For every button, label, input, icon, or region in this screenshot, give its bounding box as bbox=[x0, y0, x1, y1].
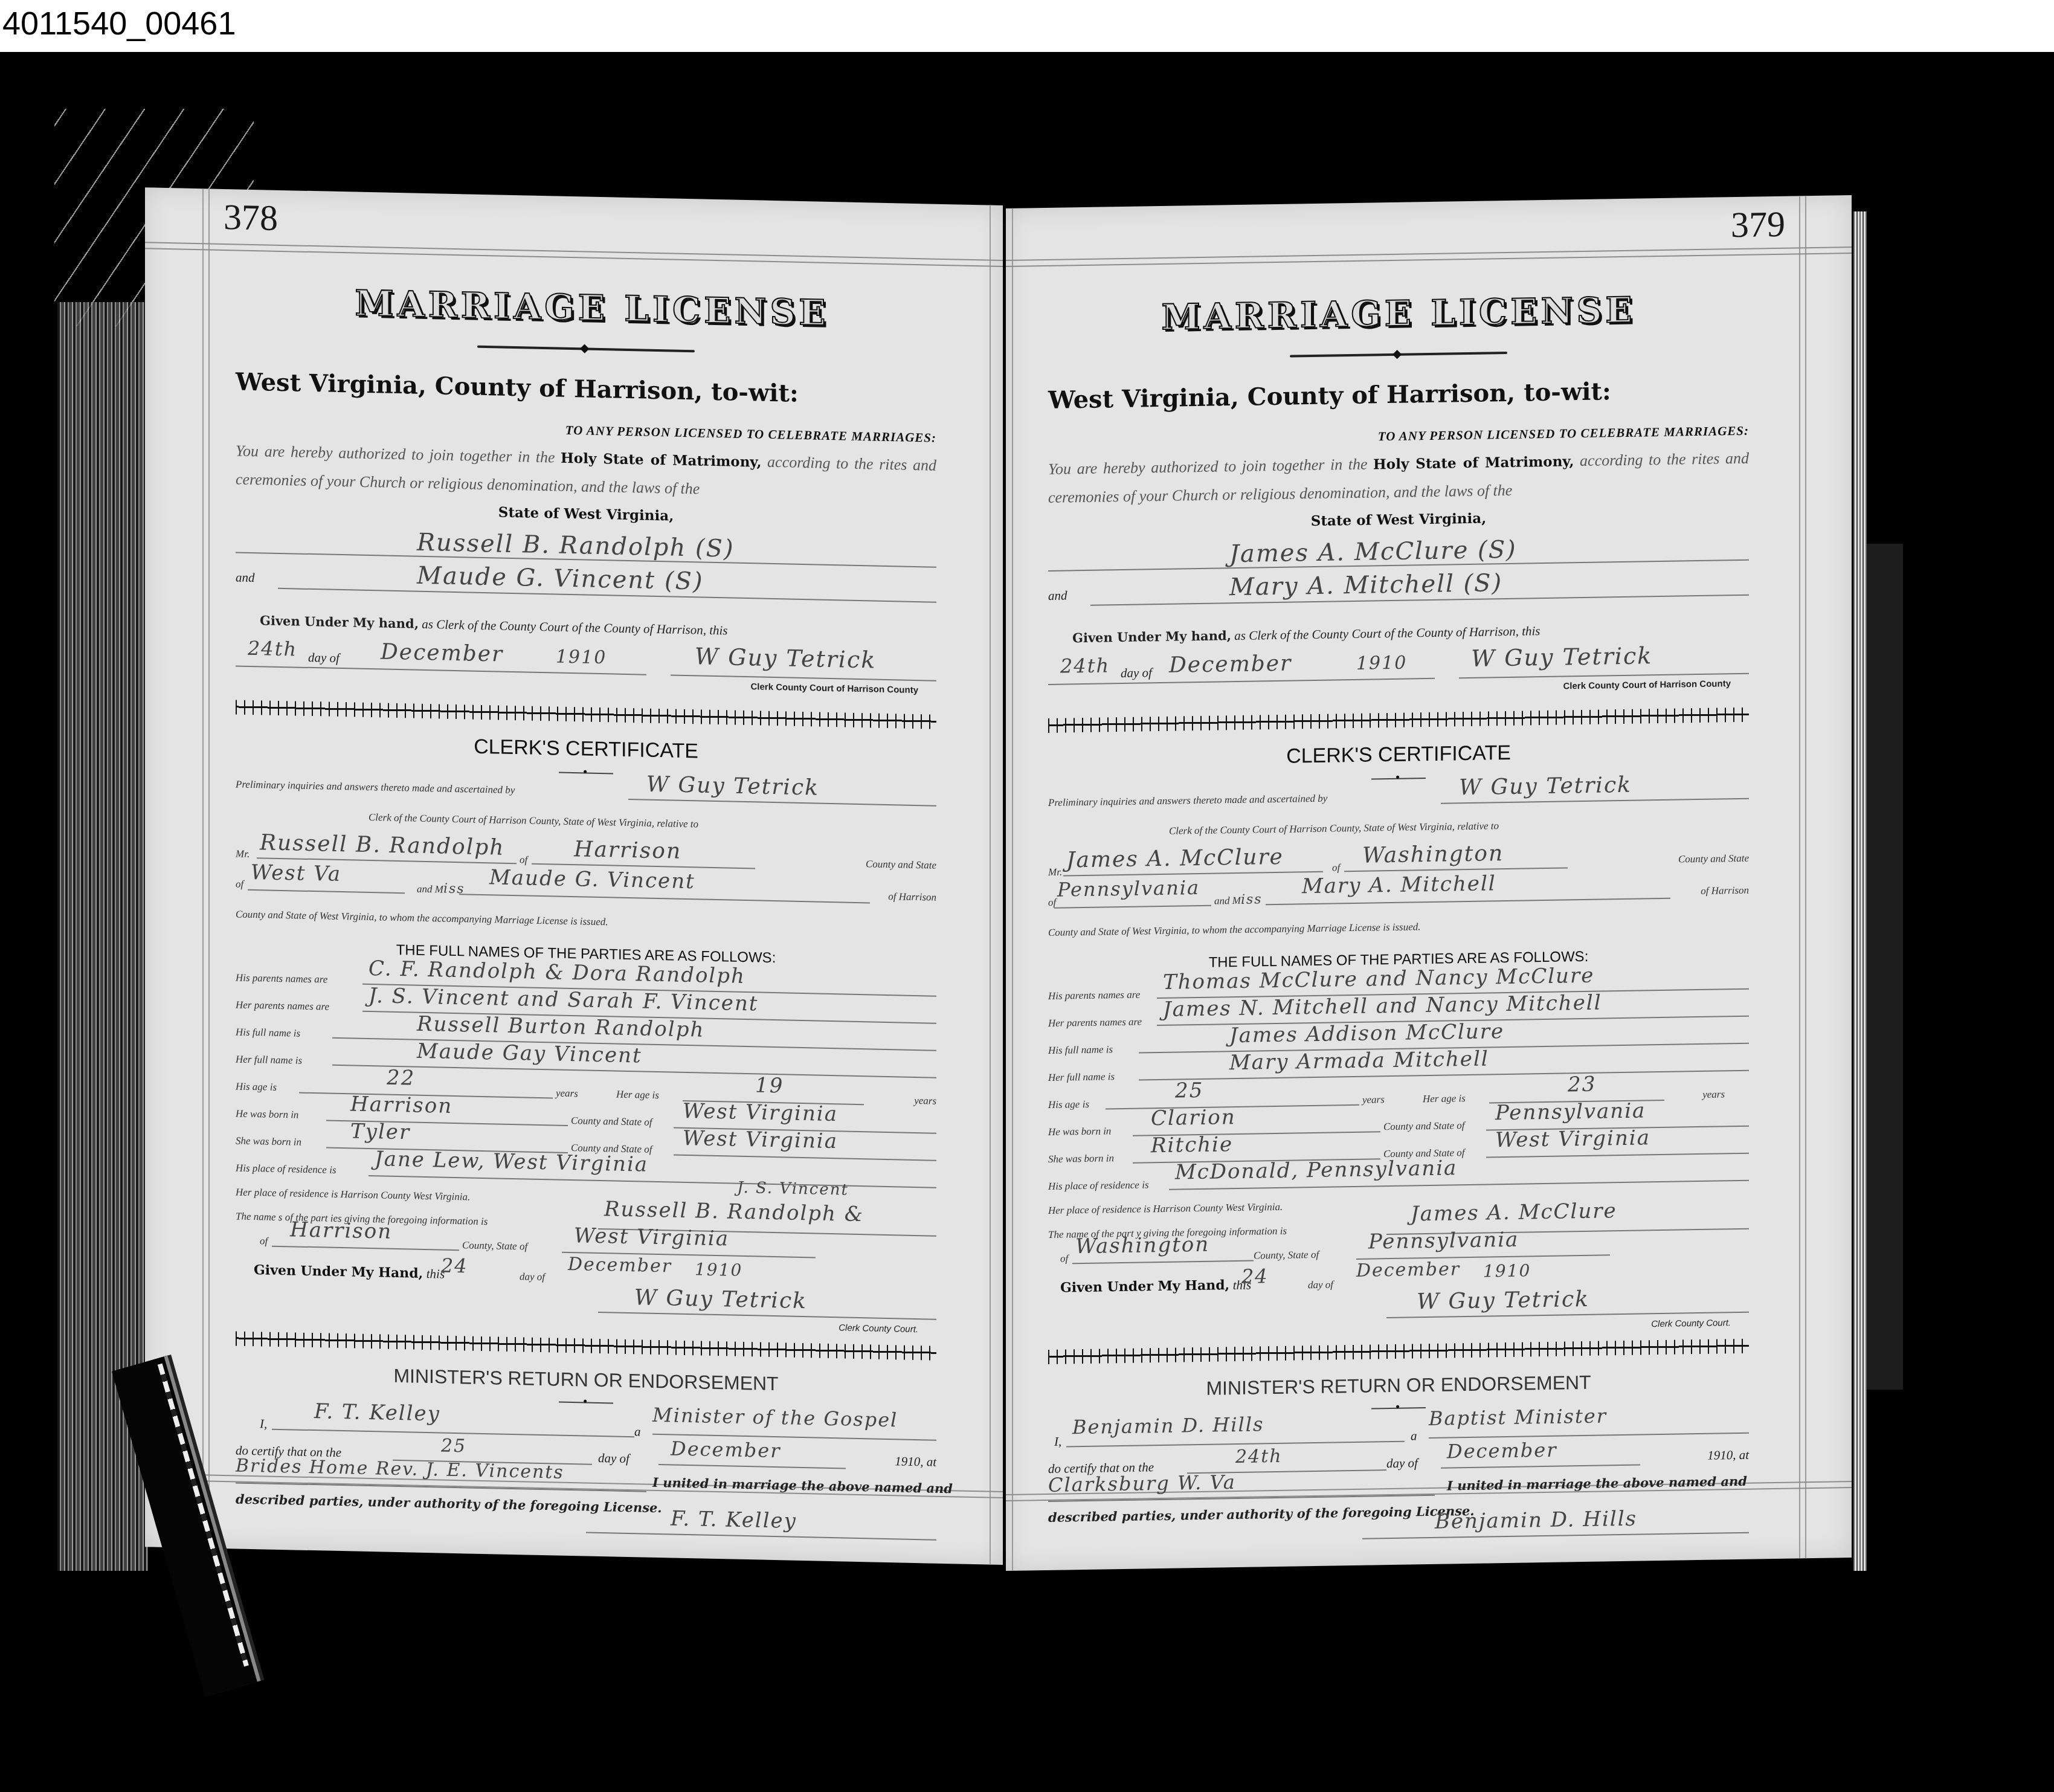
county-state-label: County and State bbox=[866, 858, 936, 871]
license-day: 24th bbox=[1060, 654, 1110, 677]
fill-line bbox=[628, 799, 936, 807]
marriage-day: 24th bbox=[1235, 1446, 1283, 1468]
years-label: years bbox=[1702, 1088, 1725, 1101]
fill-line bbox=[369, 1175, 936, 1188]
informant-name: James A. McClure bbox=[1411, 1199, 1617, 1226]
informant-of-label: of bbox=[1060, 1252, 1068, 1265]
mr-label: Mr. bbox=[1048, 866, 1062, 878]
to-any-person: TO ANY PERSON LICENSED TO CELEBRATE MARR… bbox=[565, 423, 936, 446]
minister-signature: Benjamin D. Hills bbox=[1435, 1507, 1637, 1534]
fill-line bbox=[1072, 1260, 1254, 1265]
margin-rule bbox=[208, 189, 210, 1548]
fill-line bbox=[674, 1155, 936, 1161]
a-label: a bbox=[1411, 1428, 1417, 1443]
united-label: I united in marriage the above named and bbox=[652, 1475, 953, 1496]
of-harrison-label: of Harrison bbox=[1701, 885, 1749, 897]
fill-line bbox=[658, 1464, 846, 1469]
mr-label: Mr. bbox=[236, 848, 250, 860]
years-label: years bbox=[556, 1087, 578, 1100]
preliminary-label: Preliminary inquiries and answers theret… bbox=[1048, 793, 1327, 809]
license-year: 1910 bbox=[556, 646, 607, 668]
marriage-place: Brides Home Rev. J. E. Vincents bbox=[236, 1455, 564, 1483]
she-born-label: She was born in bbox=[1048, 1152, 1114, 1165]
margin-rule bbox=[1012, 208, 1013, 1571]
clerk-caption: Clerk County Court. bbox=[839, 1323, 918, 1335]
her-parents: James N. Mitchell and Nancy Mitchell bbox=[1163, 991, 1602, 1022]
his-residence-label: His place of residence is bbox=[1048, 1179, 1149, 1193]
signature-line bbox=[1362, 1532, 1749, 1539]
informant-name: Russell B. Randolph & bbox=[604, 1197, 864, 1226]
his-full-name: Russell Burton Randolph bbox=[417, 1012, 704, 1042]
clerk-caption: Clerk County Court of Harrison County bbox=[750, 682, 918, 695]
given-year: 1910 bbox=[695, 1259, 742, 1280]
bride-name: Maude G. Vincent (S) bbox=[417, 562, 704, 596]
day-of-label: day of bbox=[598, 1451, 629, 1466]
his-residence: Jane Lew, West Virginia bbox=[375, 1147, 648, 1176]
marriage-day: 25 bbox=[441, 1436, 466, 1457]
years-label: years bbox=[914, 1095, 936, 1107]
ornamental-divider bbox=[236, 700, 936, 729]
page-stack-edge-right bbox=[1853, 211, 1867, 1571]
ornamental-divider bbox=[236, 1331, 936, 1360]
i-label: I, bbox=[1054, 1434, 1061, 1449]
preliminary-label: Preliminary inquiries and answers theret… bbox=[236, 778, 515, 796]
marriage-month: December bbox=[1447, 1439, 1557, 1463]
marriage-year: 1910, at bbox=[895, 1454, 936, 1469]
his-parents-label: His parents names are bbox=[1048, 989, 1140, 1002]
license-month: December bbox=[1169, 651, 1292, 678]
her-parents: J. S. Vincent and Sarah F. Vincent bbox=[369, 984, 758, 1016]
clerk-signature: W Guy Tetrick bbox=[695, 643, 876, 673]
and-m-label: and Miss bbox=[417, 881, 465, 897]
her-parents-label: Her parents names are bbox=[1048, 1016, 1142, 1029]
license-content: MARRIAGE LICENSE West Virginia, County o… bbox=[236, 189, 936, 1563]
ornamental-divider bbox=[1048, 707, 1749, 733]
county-state-of2: County, State of bbox=[462, 1239, 527, 1252]
her-parents-label: Her parents names are bbox=[236, 999, 329, 1013]
he-born-label: He was born in bbox=[1048, 1125, 1111, 1138]
her-age-label: Her age is bbox=[616, 1089, 659, 1101]
mini-flourish bbox=[559, 772, 613, 775]
her-age: 19 bbox=[755, 1073, 784, 1098]
to-any-person: TO ANY PERSON LICENSED TO CELEBRATE MARR… bbox=[1378, 424, 1749, 445]
mini-flourish bbox=[559, 1402, 613, 1404]
mr-county: Harrison bbox=[574, 837, 681, 864]
margin-rule bbox=[1805, 196, 1806, 1558]
of-label: of bbox=[236, 878, 243, 890]
she-born-county: Tyler bbox=[350, 1119, 410, 1144]
county-state-of2: County, State of bbox=[1254, 1249, 1319, 1262]
county-state-of-label: County and State of bbox=[571, 1115, 652, 1129]
county-state-label: County and State bbox=[1678, 852, 1749, 866]
clerk-caption: Clerk County Court. bbox=[1651, 1318, 1731, 1329]
day-of-label: day of bbox=[1386, 1455, 1418, 1471]
miss-name: Mary A. Mitchell bbox=[1302, 871, 1496, 898]
given-year: 1910 bbox=[1483, 1260, 1531, 1281]
he-born-label: He was born in bbox=[236, 1107, 298, 1121]
minister-name: F. T. Kelley bbox=[314, 1399, 440, 1426]
his-parents-label: His parents names are bbox=[236, 972, 327, 985]
county-state-line: County and State of West Virginia, to wh… bbox=[236, 908, 608, 928]
clerk-signature: W Guy Tetrick bbox=[1471, 642, 1652, 672]
fill-line bbox=[248, 889, 405, 894]
clerk-signature: W Guy Tetrick bbox=[634, 1285, 807, 1313]
fill-line bbox=[459, 894, 870, 903]
of-harrison-label: of Harrison bbox=[888, 891, 936, 904]
she-born-state: West Virginia bbox=[683, 1126, 838, 1153]
mr-name: Russell B. Randolph bbox=[260, 830, 504, 860]
his-full-label: His full name is bbox=[1048, 1043, 1113, 1057]
marriage-year: 1910, at bbox=[1707, 1448, 1749, 1463]
image-label: 4011540_00461 bbox=[2, 5, 236, 42]
clerk-caption: Clerk County Court of Harrison County bbox=[1563, 678, 1731, 691]
ascertained-by: W Guy Tetrick bbox=[646, 772, 819, 801]
state-heading: West Virginia, County of Harrison, to-wi… bbox=[236, 367, 799, 408]
license-year: 1910 bbox=[1356, 653, 1407, 674]
signature-line bbox=[586, 1532, 936, 1541]
i-label: I, bbox=[260, 1416, 267, 1431]
years-label: years bbox=[1362, 1094, 1385, 1106]
mr-state: Pennsylvania bbox=[1057, 876, 1200, 901]
his-age-label: His age is bbox=[236, 1080, 277, 1093]
county-state-line: County and State of West Virginia, to wh… bbox=[1048, 921, 1421, 939]
fill-line bbox=[1054, 905, 1211, 909]
he-born-state: Pennsylvania bbox=[1495, 1098, 1646, 1125]
her-full-label: Her full name is bbox=[236, 1053, 302, 1066]
mini-flourish bbox=[1371, 1407, 1426, 1409]
informant-state: Pennsylvania bbox=[1368, 1228, 1519, 1254]
fill-line bbox=[1429, 1433, 1749, 1439]
given-day: 24 bbox=[1241, 1265, 1269, 1288]
fill-line bbox=[1486, 1153, 1749, 1158]
of-label: of bbox=[1332, 862, 1340, 874]
bride-name: Mary A. Mitchell (S) bbox=[1229, 569, 1502, 601]
margin-rule bbox=[202, 189, 204, 1548]
clerks-certificate-title: CLERK'S CERTIFICATE bbox=[236, 730, 936, 768]
right-page: 379 MARRIAGE LICENSE West Virginia, Coun… bbox=[1006, 195, 1852, 1571]
his-age-label: His age is bbox=[1048, 1098, 1089, 1111]
her-full-label: Her full name is bbox=[1048, 1071, 1115, 1084]
given-month: December bbox=[1356, 1259, 1460, 1281]
flourish-divider bbox=[1290, 352, 1507, 358]
flourish-divider bbox=[477, 346, 695, 353]
minister-title: Minister of the Gospel bbox=[652, 1404, 898, 1432]
given-under-line: Given Under My hand, as Clerk of the Cou… bbox=[1072, 623, 1540, 646]
ornamental-divider bbox=[1048, 1339, 1749, 1364]
license-day: 24th bbox=[248, 637, 297, 661]
his-residence: McDonald, Pennsylvania bbox=[1175, 1156, 1457, 1184]
day-of-label: day of bbox=[520, 1271, 545, 1283]
license-month: December bbox=[381, 639, 503, 666]
clerk-line: Clerk of the County Court of Harrison Co… bbox=[1169, 820, 1499, 837]
and-label: and bbox=[236, 570, 255, 585]
fill-line bbox=[1266, 898, 1670, 906]
and-label: and bbox=[1048, 588, 1067, 603]
license-title: MARRIAGE LICENSE bbox=[236, 280, 936, 335]
fill-line bbox=[1048, 678, 1435, 685]
fill-line bbox=[236, 1482, 646, 1492]
he-born-county: Clarion bbox=[1151, 1105, 1236, 1130]
authorization-paragraph: You are hereby authorized to join togeth… bbox=[236, 437, 936, 535]
license-content: MARRIAGE LICENSE West Virginia, County o… bbox=[1048, 197, 1749, 1570]
day-of-label: day of bbox=[308, 650, 340, 666]
she-born-label: She was born in bbox=[236, 1135, 301, 1148]
signature-line bbox=[598, 1312, 936, 1320]
given-under-line: Given Under My hand, as Clerk of the Cou… bbox=[260, 613, 728, 638]
she-born-county: Ritchie bbox=[1151, 1132, 1233, 1158]
fill-line bbox=[272, 1246, 459, 1251]
given-hand-line: Given Under My Hand, this bbox=[1060, 1277, 1251, 1296]
background-shadow bbox=[1867, 544, 1903, 1390]
marriage-place: Clarksburg W. Va bbox=[1048, 1471, 1236, 1497]
fill-line bbox=[1356, 1254, 1610, 1260]
he-born-county: Harrison bbox=[350, 1092, 452, 1118]
signature-line bbox=[1459, 673, 1749, 679]
of-label: of bbox=[520, 854, 527, 866]
state-heading: West Virginia, County of Harrison, to-wi… bbox=[1048, 377, 1611, 414]
given-hand-line: Given Under My Hand, this bbox=[254, 1262, 445, 1282]
fill-line bbox=[1441, 1465, 1640, 1469]
his-full-name: James Addison McClure bbox=[1229, 1019, 1504, 1048]
signature-line bbox=[671, 674, 936, 681]
mr-county: Washington bbox=[1362, 841, 1504, 868]
informant-extra: J. S. Vincent bbox=[737, 1179, 849, 1199]
his-age: 22 bbox=[387, 1066, 415, 1091]
given-day: 24 bbox=[441, 1254, 468, 1278]
her-full-name: Mary Armada Mitchell bbox=[1229, 1046, 1489, 1075]
his-residence-label: His place of residence is bbox=[236, 1162, 336, 1176]
her-age-label: Her age is bbox=[1423, 1092, 1466, 1105]
given-month: December bbox=[568, 1254, 672, 1277]
mr-name: James A. McClure bbox=[1066, 845, 1284, 873]
marriage-month: December bbox=[671, 1437, 781, 1462]
image-label-bar: 4011540_00461 bbox=[0, 0, 2054, 52]
minister-title: Baptist Minister bbox=[1429, 1404, 1607, 1430]
miss-name: Maude G. Vincent bbox=[489, 865, 695, 894]
informant-county: Harrison bbox=[290, 1217, 392, 1244]
clerk-signature: W Guy Tetrick bbox=[1417, 1287, 1589, 1314]
described-label: described parties, under authority of th… bbox=[236, 1491, 662, 1515]
fill-line bbox=[1344, 867, 1568, 872]
minister-return-title: MINISTER'S RETURN OR ENDORSEMENT bbox=[236, 1361, 936, 1398]
minister-return-title: MINISTER'S RETURN OR ENDORSEMENT bbox=[1048, 1369, 1749, 1402]
mr-state: West Va bbox=[251, 860, 341, 886]
he-born-state: West Virginia bbox=[683, 1099, 838, 1126]
mini-flourish bbox=[1371, 778, 1426, 779]
informant-of-label: of bbox=[260, 1235, 268, 1247]
clerks-certificate-title: CLERK'S CERTIFICATE bbox=[1048, 738, 1749, 772]
day-of-label: day of bbox=[1121, 665, 1152, 681]
and-m-label: and Miss bbox=[1214, 892, 1263, 907]
her-age: 23 bbox=[1568, 1072, 1596, 1097]
she-born-state: West Virginia bbox=[1495, 1126, 1650, 1152]
her-full-name: Maude Gay Vincent bbox=[417, 1039, 642, 1068]
informant-state: West Virginia bbox=[574, 1223, 729, 1251]
his-full-label: His full name is bbox=[236, 1026, 300, 1039]
his-age: 25 bbox=[1175, 1078, 1203, 1103]
clerk-line: Clerk of the County Court of Harrison Co… bbox=[369, 811, 698, 830]
left-page: 378 MARRIAGE LICENSE West Virginia, Coun… bbox=[145, 187, 1003, 1565]
margin-rule bbox=[1799, 196, 1800, 1558]
united-label: I united in marriage the above named and bbox=[1447, 1474, 1747, 1494]
a-label: a bbox=[634, 1424, 641, 1439]
informant-county: Washington bbox=[1075, 1233, 1209, 1259]
day-of-label: day of bbox=[1308, 1278, 1333, 1291]
authorization-paragraph: You are hereby authorized to join togeth… bbox=[1048, 445, 1749, 540]
fill-line bbox=[1048, 1495, 1435, 1502]
license-title: MARRIAGE LICENSE bbox=[1048, 288, 1749, 340]
her-residence: Her place of residence is Harrison Count… bbox=[1048, 1201, 1283, 1217]
minister-signature: F. T. Kelley bbox=[671, 1506, 797, 1533]
minister-name: Benjamin D. Hills bbox=[1072, 1413, 1264, 1439]
county-state-of-label: County and State of bbox=[1383, 1120, 1465, 1133]
described-label: described parties, under authority of th… bbox=[1048, 1503, 1475, 1525]
her-residence: Her place of residence is Harrison Count… bbox=[236, 1186, 470, 1203]
margin-rule bbox=[990, 205, 991, 1565]
ascertained-by: W Guy Tetrick bbox=[1459, 773, 1632, 800]
